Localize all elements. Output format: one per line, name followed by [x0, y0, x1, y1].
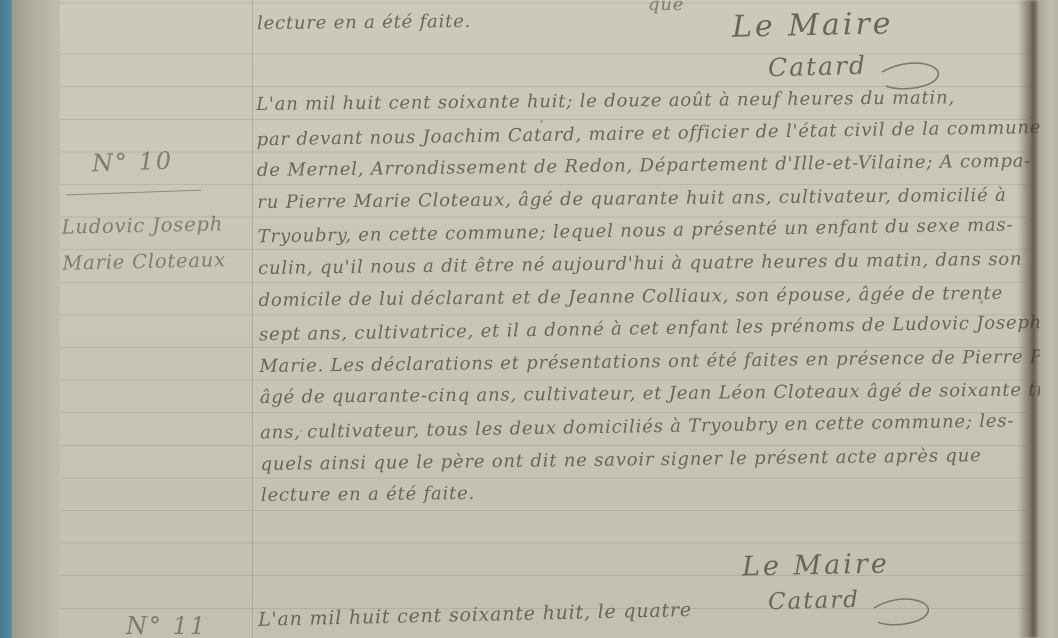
paper-speck: [300, 430, 302, 432]
register-page-scan: que lecture en a été faite. Le Maire Cat…: [0, 0, 1058, 638]
page-stack-edge: [12, 0, 60, 638]
act10-margin-number: N° 10: [92, 147, 174, 178]
paper-speck: [980, 300, 983, 304]
book-gutter-shadow: [1018, 0, 1040, 638]
act11-margin-number: N° 11: [126, 612, 207, 638]
paper-speck: [540, 120, 543, 123]
previous-act-cut-fragment: que: [648, 0, 684, 15]
act10-maire-label: Le Maire: [742, 548, 890, 582]
previous-act-maire-label: Le Maire: [732, 6, 894, 44]
act10-body-text: L'an mil huit cent soixante huit; le dou…: [256, 81, 1033, 514]
previous-act-closing-line: lecture en a été faite.: [257, 11, 471, 34]
act10-margin-child-name: Ludovic Joseph Marie Cloteaux: [61, 206, 226, 281]
facing-page-sliver: [1040, 0, 1058, 638]
act10-margin-name-line1: Ludovic Joseph: [61, 206, 225, 245]
previous-act-mayor-signature: Catard: [768, 51, 868, 83]
act10-margin-name-line2: Marie Cloteaux: [62, 242, 226, 281]
scanner-backing-strip: [0, 0, 12, 638]
margin-rule-line: [252, 0, 253, 638]
